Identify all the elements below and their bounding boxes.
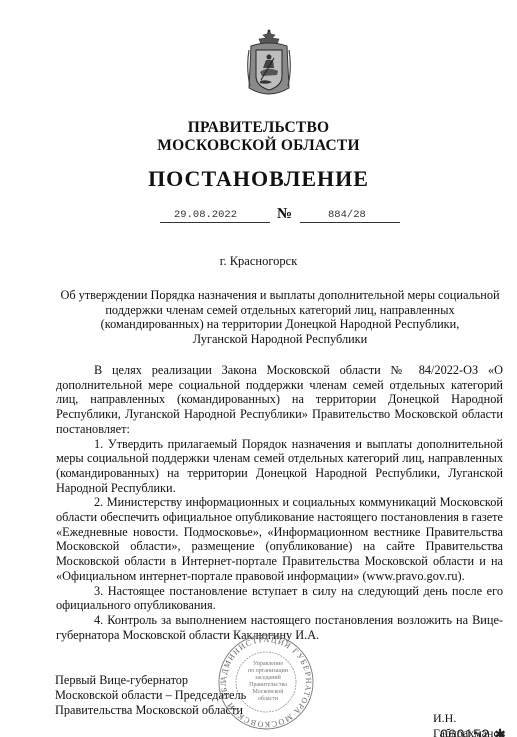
svg-text:по организации: по организации <box>248 668 289 674</box>
official-stamp: АДМИНИСТРАЦИЯ ГУБЕРНАТОРА МОСКОВСКОЙ ОБЛ… <box>211 632 321 732</box>
svg-text:области: области <box>258 695 279 702</box>
asterisk-mark-icon: ✱ <box>494 726 506 737</box>
subject-line: Луганской Народной Республики <box>60 332 500 347</box>
stamp-seal-icon: АДМИНИСТРАЦИЯ ГУБЕРНАТОРА МОСКОВСКОЙ ОБЛ… <box>211 632 321 732</box>
body-preamble: В целях реализации Закона Московской обл… <box>56 363 503 437</box>
emblem-icon <box>246 28 292 100</box>
body-item-2: 2. Министерству информационных и социаль… <box>56 495 503 583</box>
document-number: 884/28 <box>300 209 400 223</box>
number-sign: № <box>277 206 292 223</box>
subject-line: Об утверждении Порядка назначения и выпл… <box>60 288 500 303</box>
government-title-line1: ПРАВИТЕЛЬСТВО <box>0 119 517 137</box>
government-title-line2: МОСКОВСКОЙ ОБЛАСТИ <box>0 137 517 155</box>
svg-text:Управление: Управление <box>253 661 283 667</box>
svg-text:Правительства: Правительства <box>249 682 287 688</box>
government-title: ПРАВИТЕЛЬСТВО МОСКОВСКОЙ ОБЛАСТИ <box>0 119 517 155</box>
body-item-3: 3. Настоящее постановление вступает в си… <box>56 584 503 613</box>
document-date: 29.08.2022 <box>160 209 270 223</box>
coat-of-arms-emblem <box>246 28 292 100</box>
subject-line: (командированных) на территории Донецкой… <box>60 317 500 332</box>
registration-number: 060152 ✱ <box>440 726 506 737</box>
subject-line: поддержки членам семей отдельных категор… <box>60 303 500 318</box>
svg-text:Московской: Московской <box>253 688 285 695</box>
document-body: В целях реализации Закона Московской обл… <box>56 363 503 642</box>
registration-number-value: 060152 <box>440 726 490 737</box>
svg-text:заседаний: заседаний <box>255 674 281 681</box>
document-city: г. Красногорск <box>0 254 517 269</box>
body-item-1: 1. Утвердить прилагаемый Порядок назначе… <box>56 437 503 496</box>
document-type-heading: ПОСТАНОВЛЕНИЕ <box>0 166 517 192</box>
document-subject: Об утверждении Порядка назначения и выпл… <box>60 288 500 346</box>
